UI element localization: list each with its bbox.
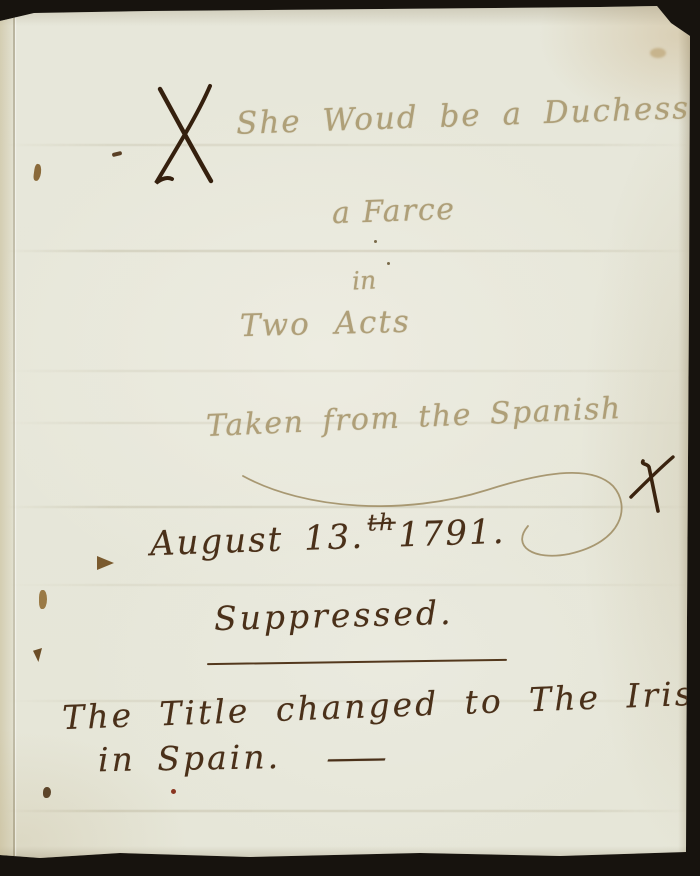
paper-edge-shadow-top <box>0 0 700 26</box>
paper-edge-shadow-bottom <box>0 846 700 862</box>
title-line: She Woud be a Duchess <box>236 90 691 142</box>
source-line: Taken from the Spanish <box>205 391 622 444</box>
ink-speck <box>387 262 390 265</box>
stain-smudge <box>650 48 666 58</box>
x-cross-ink-mark-left <box>148 82 234 188</box>
date-year: 1791. <box>397 512 506 556</box>
ink-speck <box>374 240 377 243</box>
paper-crease <box>6 370 690 372</box>
paper-crease <box>6 250 690 252</box>
paper-edge-shadow-right <box>678 0 692 876</box>
paper-crease <box>6 810 690 812</box>
paper-binding-strip <box>0 12 13 862</box>
status-underline <box>207 659 507 666</box>
paper-tear <box>43 787 51 798</box>
paper-crease <box>6 584 690 586</box>
paper-tear <box>33 648 42 662</box>
ink-speck <box>112 151 123 157</box>
x-cross-ink-mark-right <box>627 455 675 515</box>
paper-tear <box>97 556 114 570</box>
manuscript-page: She Woud be a Duchess a Farce in Two Act… <box>0 0 700 876</box>
paper-tear <box>39 590 47 609</box>
genre-line: a Farce <box>331 192 456 231</box>
note-line-1: The Title changed to The Irishman <box>62 670 700 737</box>
connector-line: in <box>351 265 377 295</box>
date-superscript: th <box>367 510 396 537</box>
date-prefix: August 13. <box>149 517 364 564</box>
paper-crease <box>6 144 690 146</box>
paper-tear <box>33 164 42 182</box>
ink-speck <box>171 789 176 794</box>
note-dash: — <box>324 737 387 777</box>
status-line: Suppressed. <box>214 593 454 638</box>
note-line-2: in Spain. — <box>98 736 358 780</box>
acts-line: Two Acts <box>240 304 412 344</box>
paper-fold-crease <box>13 16 15 856</box>
note-line-2-text: in Spain. <box>98 737 282 779</box>
